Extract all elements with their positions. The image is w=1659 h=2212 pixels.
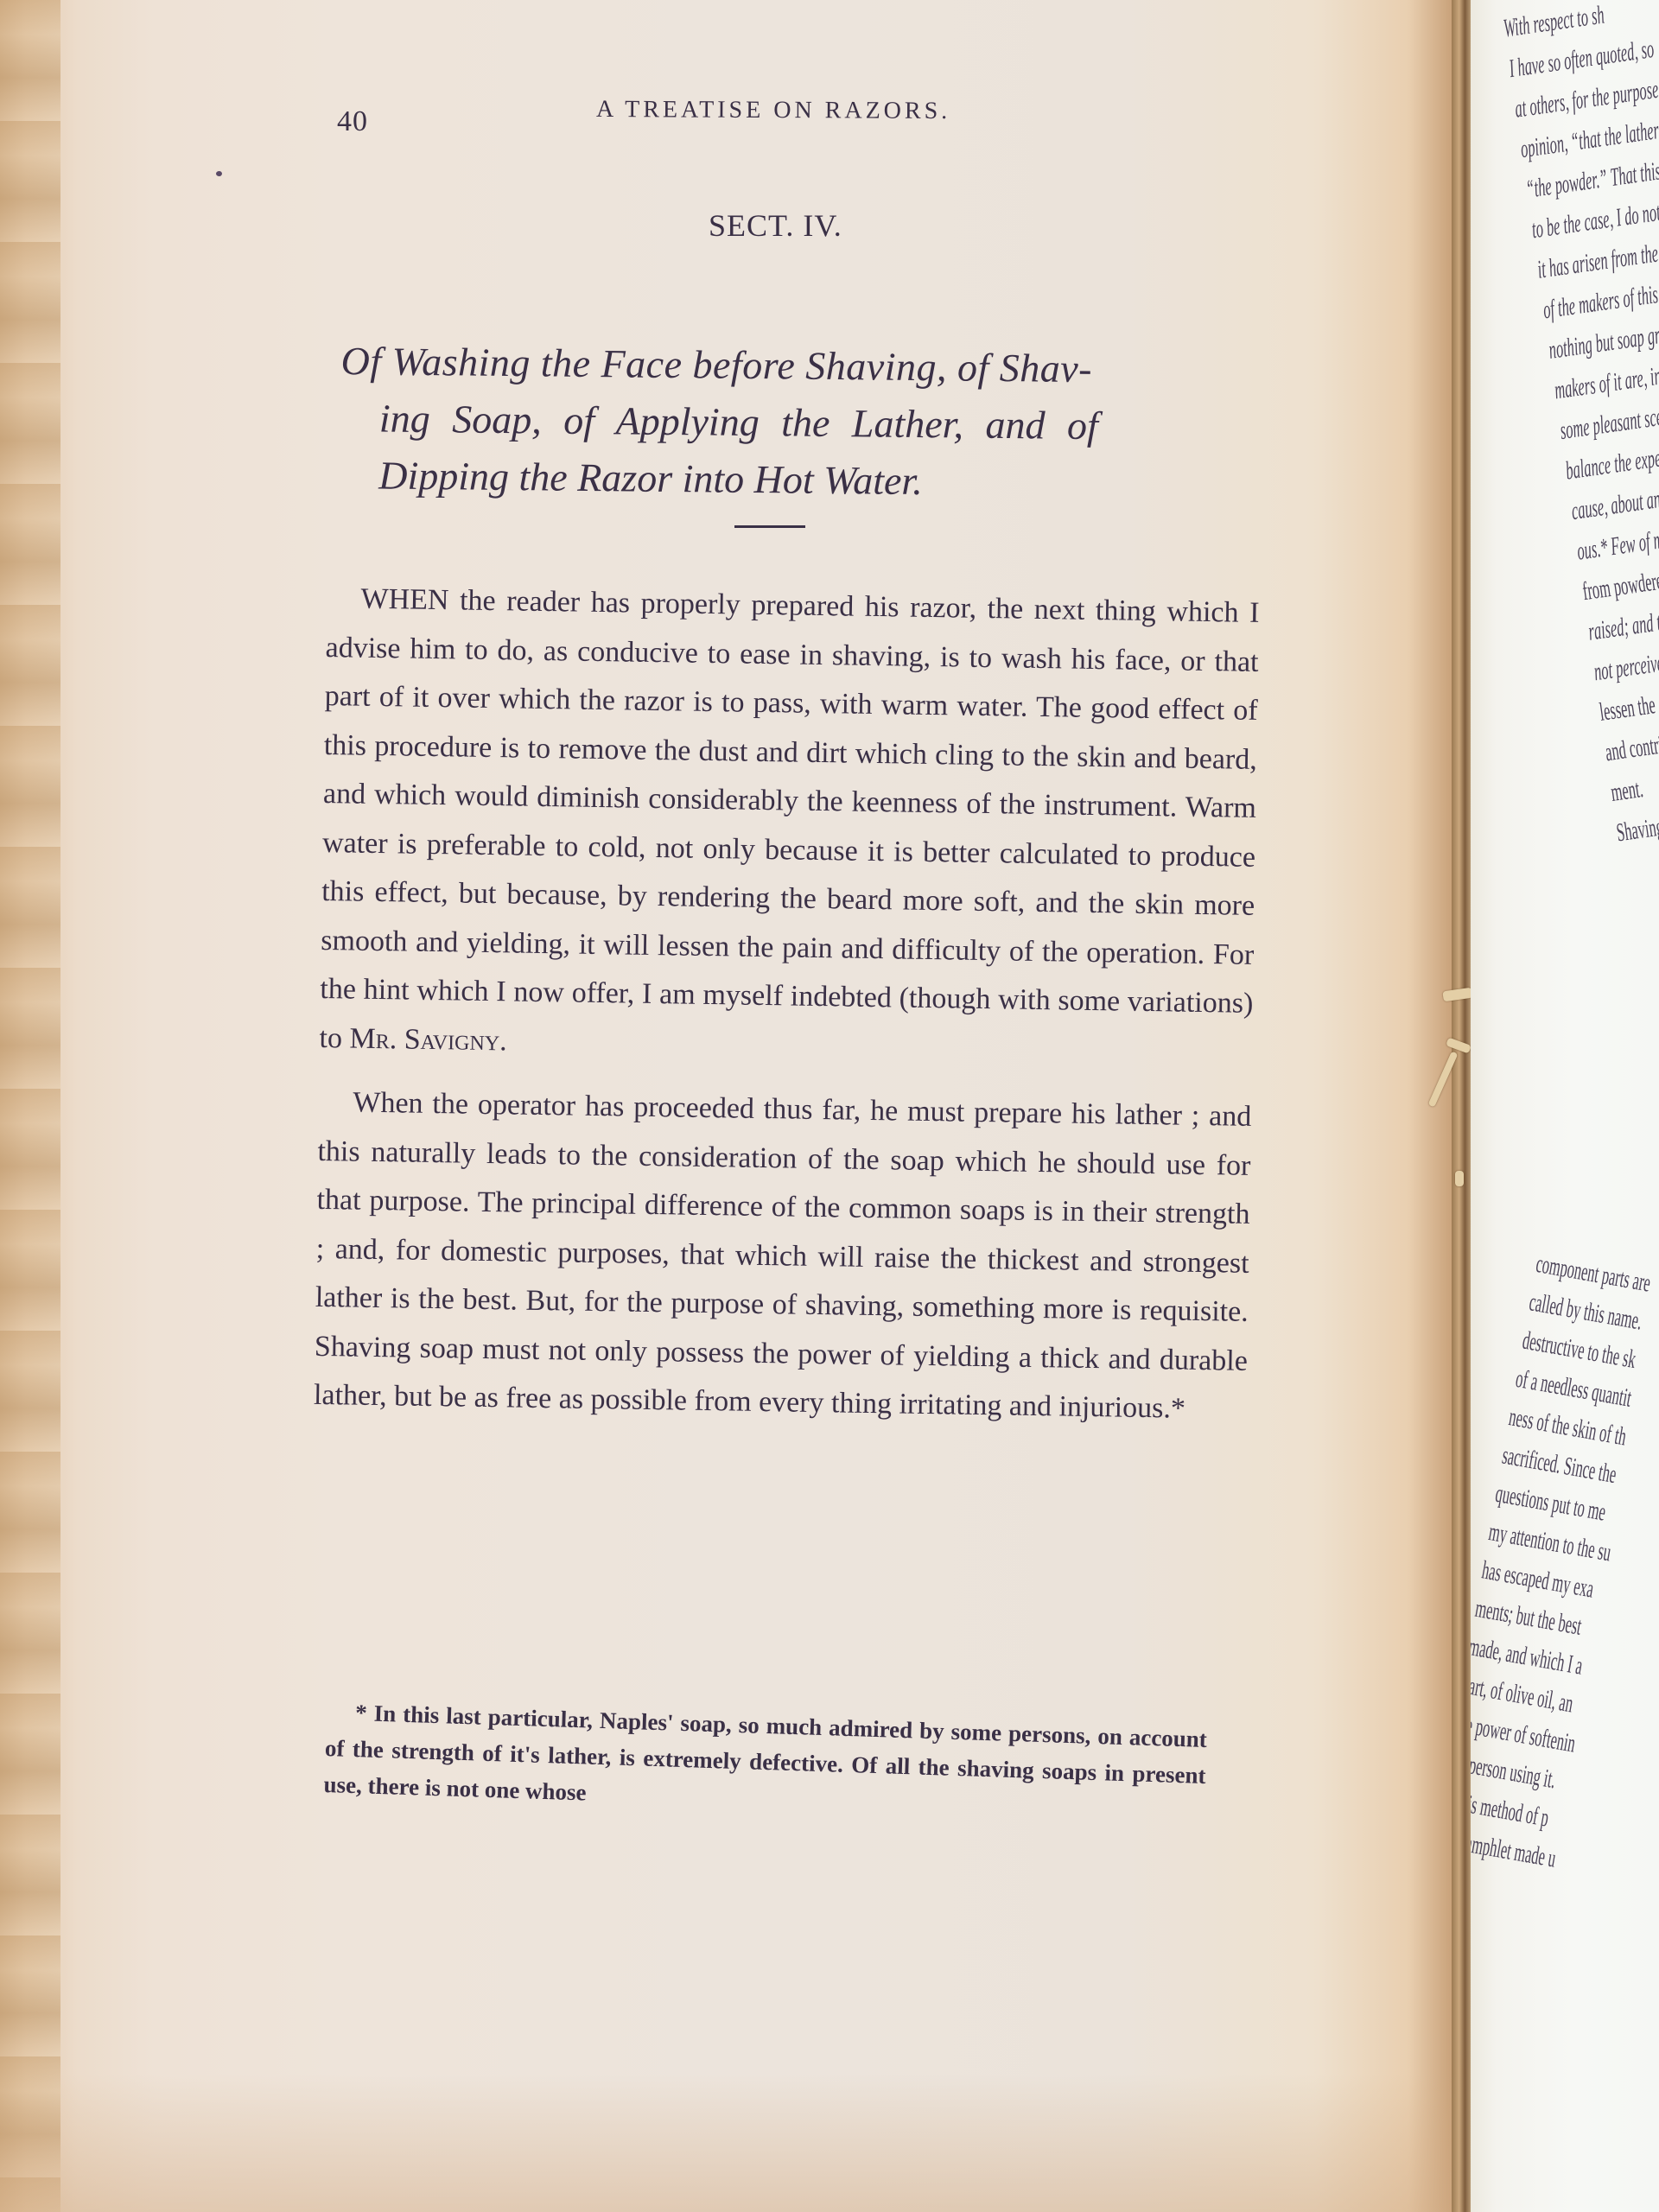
ink-speck <box>216 171 222 176</box>
section-title-line: ing Soap, of Applying the Lather, and of <box>340 390 1266 456</box>
author-name: Mr. Savigny. <box>349 1022 507 1057</box>
body-text: WHEN the reader has properly prepared hi… <box>314 575 1260 1434</box>
section-title: Of Washing the Face before Shaving, of S… <box>340 333 1266 513</box>
footnote-text: * In this last particular, Naples' soap,… <box>323 1694 1207 1830</box>
paragraph-text: the reader has properly prepared his raz… <box>319 584 1259 1054</box>
left-book-page: 40 A TREATISE ON RAZORS. SECT. IV. Of Wa… <box>0 0 1460 2212</box>
section-label: SECT. IV. <box>709 207 842 244</box>
right-page-lower-text: component parts are called by this name.… <box>1471 1244 1659 1906</box>
binding-thread <box>1455 1171 1464 1186</box>
book-spine-gutter <box>1452 0 1471 2212</box>
right-page-upper-text: With respect to sh I have so often quote… <box>1501 0 1659 853</box>
paragraph: When the operator has proceeded thus far… <box>314 1078 1252 1434</box>
paragraph: WHEN the reader has properly prepared hi… <box>319 575 1260 1077</box>
right-book-page: With respect to sh I have so often quote… <box>1471 0 1659 2212</box>
page-number: 40 <box>337 105 368 138</box>
section-title-line: Of Washing the Face before Shaving, of S… <box>340 333 1266 399</box>
footnote: * In this last particular, Naples' soap,… <box>323 1694 1207 1830</box>
section-title-line: Dipping the Razor into Hot Water. <box>340 447 1265 513</box>
running-head: A TREATISE ON RAZORS. <box>596 96 950 125</box>
title-rule-divider <box>734 525 805 528</box>
paragraph-lead-word: WHEN <box>360 583 449 617</box>
